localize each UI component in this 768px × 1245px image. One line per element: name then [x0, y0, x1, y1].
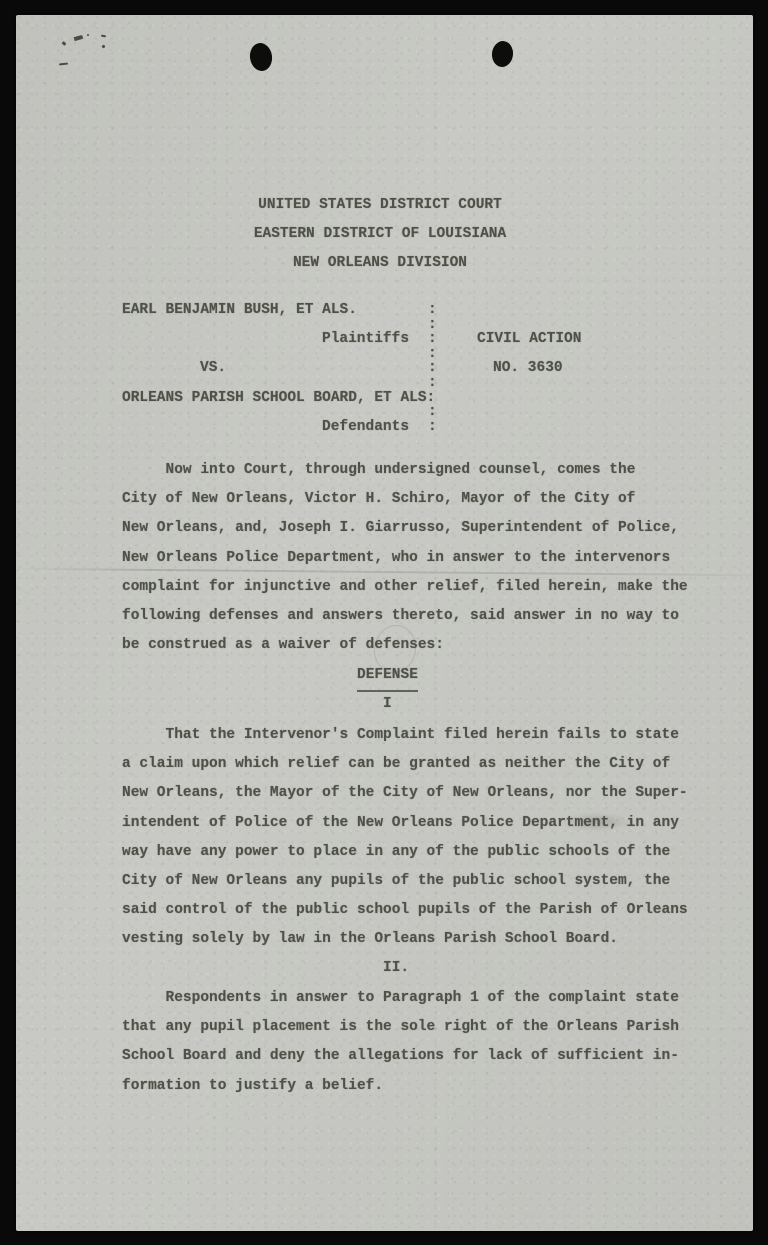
plaintiff-role-label: Plaintiffs [322, 332, 409, 347]
section-2-numeral: II. [383, 954, 409, 983]
plaintiff-name: EARL BENJAMIN BUSH, ET ALS. [122, 303, 357, 318]
defense-heading: DEFENSE [357, 661, 418, 692]
pencil-mark [101, 35, 106, 38]
section-1-paragraph: That the Intervenor's Complaint filed he… [122, 721, 714, 955]
section-1-numeral: I [383, 690, 392, 719]
section-2-paragraph: Respondents in answer to Paragraph 1 of … [122, 984, 714, 1101]
case-caption: EARL BENJAMIN BUSH, ET ALS. : : : : : : … [122, 303, 702, 453]
pencil-mark [87, 34, 89, 36]
pencil-mark [59, 63, 68, 66]
case-number: NO. 3630 [493, 361, 563, 376]
opening-paragraph: Now into Court, through undersigned coun… [122, 456, 714, 660]
document-page: UNITED STATES DISTRICT COURT EASTERN DIS… [16, 15, 753, 1231]
defendant-name: ORLEANS PARISH SCHOOL BOARD, ET ALS: [122, 391, 435, 406]
pencil-mark [74, 35, 84, 41]
punch-hole-left [248, 42, 274, 73]
versus-label: VS. [200, 361, 226, 376]
punch-hole-right [491, 40, 515, 68]
pencil-mark [101, 44, 105, 48]
defendant-role-label: Defendants [322, 420, 409, 435]
court-header: UNITED STATES DISTRICT COURT EASTERN DIS… [16, 191, 744, 279]
caption-colon-divider: : : : : : : : : [428, 303, 437, 434]
case-type: CIVIL ACTION [477, 332, 581, 347]
pencil-mark [62, 41, 67, 46]
